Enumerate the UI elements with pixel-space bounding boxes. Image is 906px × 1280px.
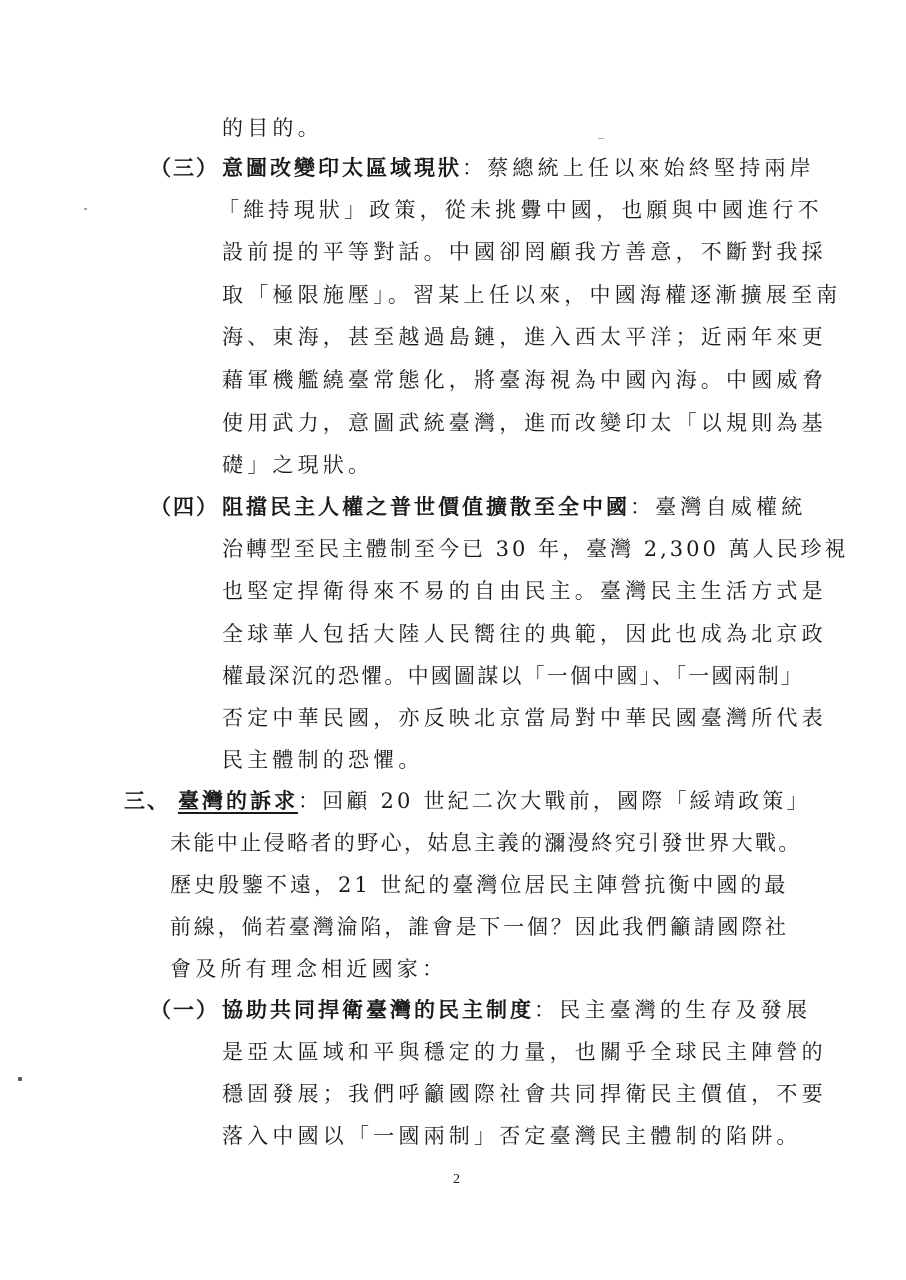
section-3-heading: 意圖改變印太區域現狀 (222, 156, 462, 180)
subsection-1-line-1: ：民主臺灣的生存及發展 (534, 998, 811, 1022)
subsection-1-line-2: 是亞太區域和平與穩定的力量，也關乎全球民主陣營的 (222, 1038, 827, 1066)
scan-speck (84, 208, 87, 210)
part-3-line-1: ：回顧 20 世紀二次大戰前，國際「綏靖政策」 (298, 789, 811, 813)
section-4-line-4: 全球華人包括大陸人民嚮往的典範，因此也成為北京政 (222, 620, 827, 648)
subsection-1-first-line: 協助共同捍衛臺灣的民主制度：民主臺灣的生存及發展 (222, 996, 811, 1024)
section-4-line-2: 治轉型至民主體制至今已 30 年，臺灣 2,300 萬人民珍視 (222, 535, 849, 563)
section-4-line-3: 也堅定捍衛得來不易的自由民主。臺灣民主生活方式是 (222, 577, 827, 605)
document-page: 的目的。 （三） 意圖改變印太區域現狀：蔡總統上任以來始終堅持兩岸 「維持現狀」… (0, 0, 906, 1280)
part-3-line-5: 會及所有理念相近國家： (170, 955, 447, 983)
page-number: 2 (453, 1172, 460, 1188)
section-3-line-4: 取「極限施壓」。習某上任以來，中國海權逐漸擴展至南 (222, 281, 842, 309)
part-3-first-line: 臺灣的訴求：回顧 20 世紀二次大戰前，國際「綏靖政策」 (178, 787, 811, 815)
section-4-heading: 阻擋民主人權之普世價值擴散至全中國 (222, 495, 630, 519)
section-marker-3: （三） (150, 154, 219, 182)
part-3-line-3: 歷史殷鑒不遠，21 世紀的臺灣位居民主陣營抗衡中國的最 (170, 871, 788, 899)
section-3-line-5: 海、東海，甚至越過島鏈，進入西太平洋；近兩年來更 (222, 323, 827, 351)
subsection-marker-1: （一） (150, 996, 219, 1024)
section-3-line-6: 藉軍機艦繞臺常態化，將臺海視為中國內海。中國威脅 (222, 366, 827, 394)
section-3-line-7: 使用武力，意圖武統臺灣，進而改變印太「以規則為基 (222, 409, 827, 437)
section-4-first-line: 阻擋民主人權之普世價值擴散至全中國：臺灣自威權統 (222, 493, 806, 521)
section-3-line-3: 設前提的平等對話。中國卻罔顧我方善意，不斷對我採 (222, 238, 827, 266)
section-3-line-1: ：蔡總統上任以來始終堅持兩岸 (462, 156, 815, 180)
section-4-line-7: 民主體制的恐懼。 (222, 746, 424, 774)
section-3-line-8: 礎」之現狀。 (222, 451, 373, 479)
section-4-line-5: 權最深沉的恐懼。中國圖謀以「一個中國」、「一國兩制」 (222, 662, 804, 690)
part-3-line-2: 未能中止侵略者的野心，姑息主義的瀰漫終究引發世界大戰。 (170, 829, 802, 857)
subsection-1-heading: 協助共同捍衛臺灣的民主制度 (222, 998, 534, 1022)
subsection-1-line-3: 穩固發展；我們呼籲國際社會共同捍衛民主價值，不要 (222, 1080, 827, 1108)
section-4-line-1: ：臺灣自威權統 (630, 495, 806, 519)
scan-speck (598, 138, 604, 139)
section-3-line-2: 「維持現狀」政策，從未挑釁中國，也願與中國進行不 (218, 196, 823, 224)
section-4-line-6: 否定中華民國，亦反映北京當局對中華民國臺灣所代表 (222, 704, 827, 732)
part-3-heading: 臺灣的訴求 (178, 789, 298, 813)
part-3-line-4: 前線，倘若臺灣淪陷，誰會是下一個？因此我們籲請國際社 (170, 913, 789, 941)
section-3-first-line: 意圖改變印太區域現狀：蔡總統上任以來始終堅持兩岸 (222, 154, 815, 182)
part-marker-3: 三、 (124, 787, 170, 815)
carryover-line: 的目的。 (222, 114, 323, 142)
subsection-1-line-4: 落入中國以「一國兩制」否定臺灣民主體制的陷阱。 (222, 1122, 802, 1150)
scan-speck (18, 1077, 22, 1081)
section-marker-4: （四） (150, 493, 219, 521)
